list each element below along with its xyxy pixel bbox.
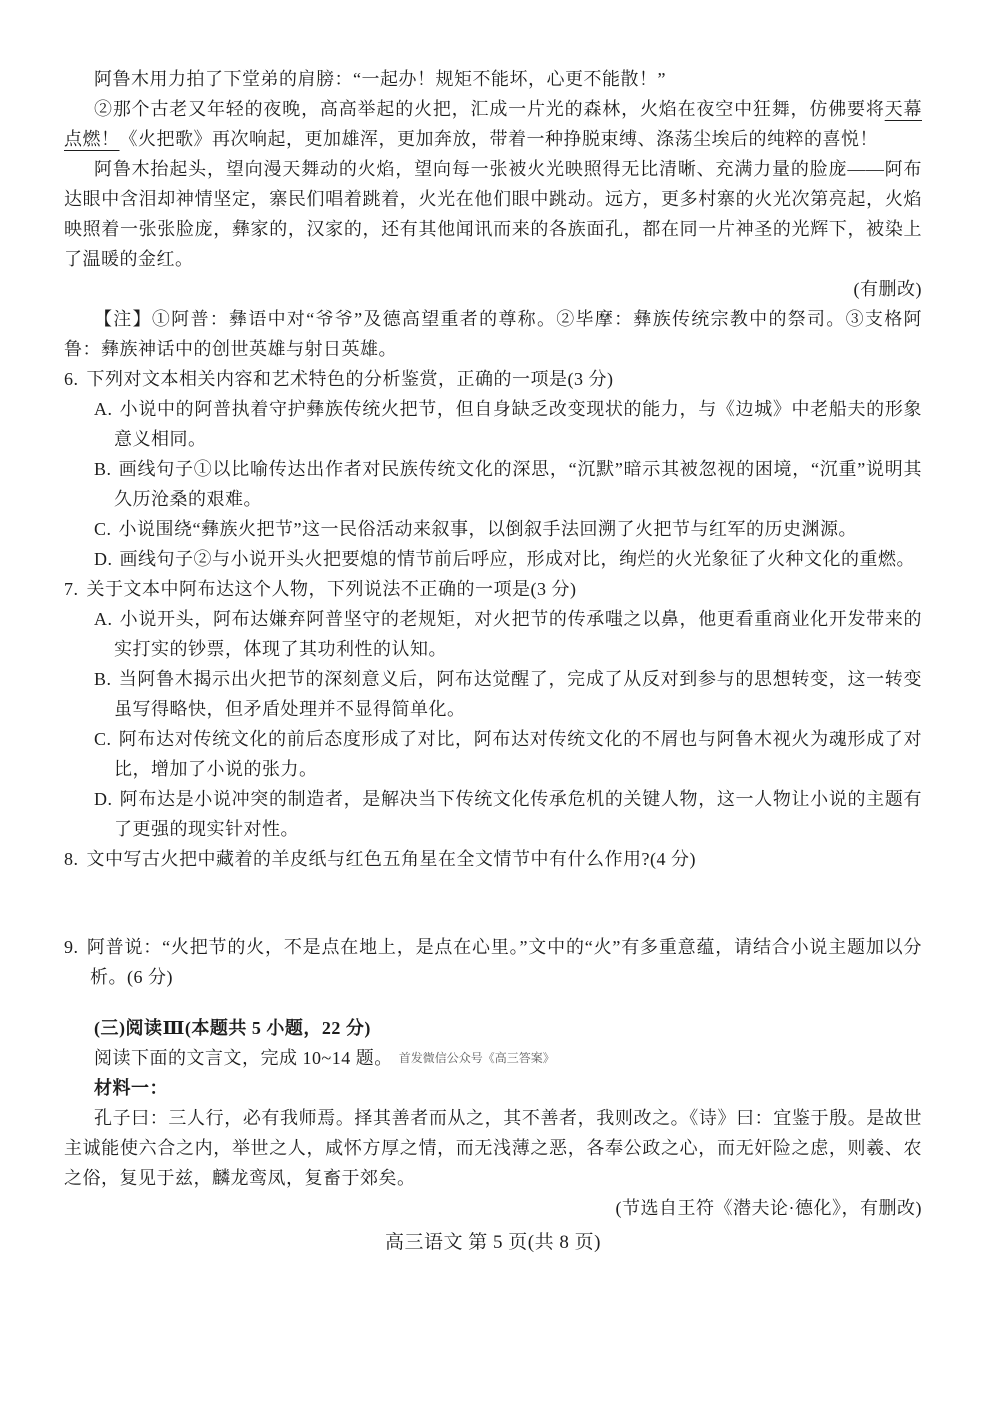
option-label: B. <box>94 459 112 479</box>
question-number: 8. <box>64 849 79 869</box>
question-9: 9.阿普说：“火把节的火，不是点在地上，是点在心里。”文中的“火”有多重意蕴，请… <box>90 932 922 992</box>
option-label: A. <box>94 399 113 419</box>
page-footer: 高三语文 第 5 页(共 8 页) <box>64 1228 922 1258</box>
source-attribution: (节选自王符《潜夫论·德化》，有删改) <box>64 1193 922 1223</box>
footnote: 【注】①阿普：彝语中对“爷爷”及德高望重者的尊称。②毕摩：彝族传统宗教中的祭司。… <box>64 304 922 364</box>
question-6: 6.下列对文本相关内容和艺术特色的分析鉴赏，正确的一项是(3 分) A.小说中的… <box>64 364 922 574</box>
option-text: 阿布达对传统文化的前后态度形成了对比，阿布达对传统文化的不屑也与阿鲁木视火为魂形… <box>114 729 922 779</box>
option-text: 画线句子①以比喻传达出作者对民族传统文化的深思，“沉默”暗示其被忽视的困境，“沉… <box>114 459 922 509</box>
section-3-heading: (三)阅读Ⅲ(本题共 5 小题，22 分) <box>64 1013 922 1043</box>
classical-passage: 孔子曰：三人行，必有我师焉。择其善者而从之，其不善者，我则改之。《诗》曰：宜鉴于… <box>64 1103 922 1193</box>
material-1-label: 材料一： <box>64 1073 922 1103</box>
story-paragraph-2-pre: ②那个古老又年轻的夜晚，高高举起的火把，汇成一片光的森林，火焰在夜空中狂舞，仿佛… <box>94 99 885 119</box>
story-paragraph-2: ②那个古老又年轻的夜晚，高高举起的火把，汇成一片光的森林，火焰在夜空中狂舞，仿佛… <box>64 94 922 154</box>
deletion-note: (有删改) <box>64 274 922 304</box>
question-7-option-d: D.阿布达是小说冲突的制造者，是解决当下传统文化传承危机的关键人物，这一人物让小… <box>114 784 922 844</box>
question-6-option-c: C.小说围绕“彝族火把节”这一民俗活动来叙事，以倒叙手法回溯了火把节与红军的历史… <box>114 514 922 544</box>
option-label: C. <box>94 729 112 749</box>
exam-page: 阿鲁木用力拍了下堂弟的肩膀：“一起办！规矩不能坏，心更不能散！” ②那个古老又年… <box>0 0 992 1403</box>
option-text: 小说围绕“彝族火把节”这一民俗活动来叙事，以倒叙手法回溯了火把节与红军的历史渊源… <box>119 519 857 539</box>
question-number: 6. <box>64 369 79 389</box>
reading-instruction-row: 阅读下面的文言文，完成 10~14 题。首发微信公众号《高三答案》 <box>64 1043 922 1073</box>
option-label: B. <box>94 669 112 689</box>
story-paragraph-1: 阿鲁木用力拍了下堂弟的肩膀：“一起办！规矩不能坏，心更不能散！” <box>64 64 922 94</box>
question-stem: 关于文本中阿布达这个人物，下列说法不正确的一项是(3 分) <box>87 579 577 599</box>
option-label: C. <box>94 519 112 539</box>
question-6-stem-row: 6.下列对文本相关内容和艺术特色的分析鉴赏，正确的一项是(3 分) <box>90 364 922 394</box>
story-paragraph-2-post: 《火把歌》再次响起，更加雄浑，更加奔放，带着一种挣脱束缚、涤荡尘埃后的纯粹的喜悦… <box>120 129 879 149</box>
question-7-option-c: C.阿布达对传统文化的前后态度形成了对比，阿布达对传统文化的不屑也与阿鲁木视火为… <box>114 724 922 784</box>
question-stem: 文中写古火把中藏着的羊皮纸与红色五角星在全文情节中有什么作用?(4 分) <box>87 849 696 869</box>
option-text: 阿布达是小说冲突的制造者，是解决当下传统文化传承危机的关键人物，这一人物让小说的… <box>114 789 922 839</box>
option-text: 画线句子②与小说开头火把要熄的情节前后呼应，形成对比，绚烂的火光象征了火种文化的… <box>120 549 916 569</box>
question-number: 9. <box>64 937 79 957</box>
question-6-option-b: B.画线句子①以比喻传达出作者对民族传统文化的深思，“沉默”暗示其被忽视的困境，… <box>114 454 922 514</box>
question-6-option-d: D.画线句子②与小说开头火把要熄的情节前后呼应，形成对比，绚烂的火光象征了火种文… <box>114 544 922 574</box>
question-8: 8.文中写古火把中藏着的羊皮纸与红色五角星在全文情节中有什么作用?(4 分) <box>90 844 922 874</box>
question-6-option-a: A.小说中的阿普执着守护彝族传统火把节，但自身缺乏改变现状的能力，与《边城》中老… <box>114 394 922 454</box>
question-number: 7. <box>64 579 79 599</box>
question-stem: 阿普说：“火把节的火，不是点在地上，是点在心里。”文中的“火”有多重意蕴，请结合… <box>87 937 923 987</box>
option-text: 当阿鲁木揭示出火把节的深刻意义后，阿布达觉醒了，完成了从反对到参与的思想转变，这… <box>114 669 922 719</box>
watermark-note: 首发微信公众号《高三答案》 <box>399 1051 555 1065</box>
option-text: 小说中的阿普执着守护彝族传统火把节，但自身缺乏改变现状的能力，与《边城》中老船夫… <box>114 399 922 449</box>
option-label: D. <box>94 789 113 809</box>
question-7-stem-row: 7.关于文本中阿布达这个人物，下列说法不正确的一项是(3 分) <box>90 574 922 604</box>
option-label: A. <box>94 609 113 629</box>
question-7: 7.关于文本中阿布达这个人物，下列说法不正确的一项是(3 分) A.小说开头，阿… <box>64 574 922 844</box>
question-stem: 下列对文本相关内容和艺术特色的分析鉴赏，正确的一项是(3 分) <box>87 369 614 389</box>
option-text: 小说开头，阿布达嫌弃阿普坚守的老规矩，对火把节的传承嗤之以鼻，他更看重商业化开发… <box>114 609 922 659</box>
question-7-option-a: A.小说开头，阿布达嫌弃阿普坚守的老规矩，对火把节的传承嗤之以鼻，他更看重商业化… <box>114 604 922 664</box>
option-label: D. <box>94 549 113 569</box>
reading-instruction: 阅读下面的文言文，完成 10~14 题。 <box>94 1048 393 1068</box>
question-7-option-b: B.当阿鲁木揭示出火把节的深刻意义后，阿布达觉醒了，完成了从反对到参与的思想转变… <box>114 664 922 724</box>
story-paragraph-3: 阿鲁木抬起头，望向漫天舞动的火焰，望向每一张被火光映照得无比清晰、充满力量的脸庞… <box>64 154 922 274</box>
